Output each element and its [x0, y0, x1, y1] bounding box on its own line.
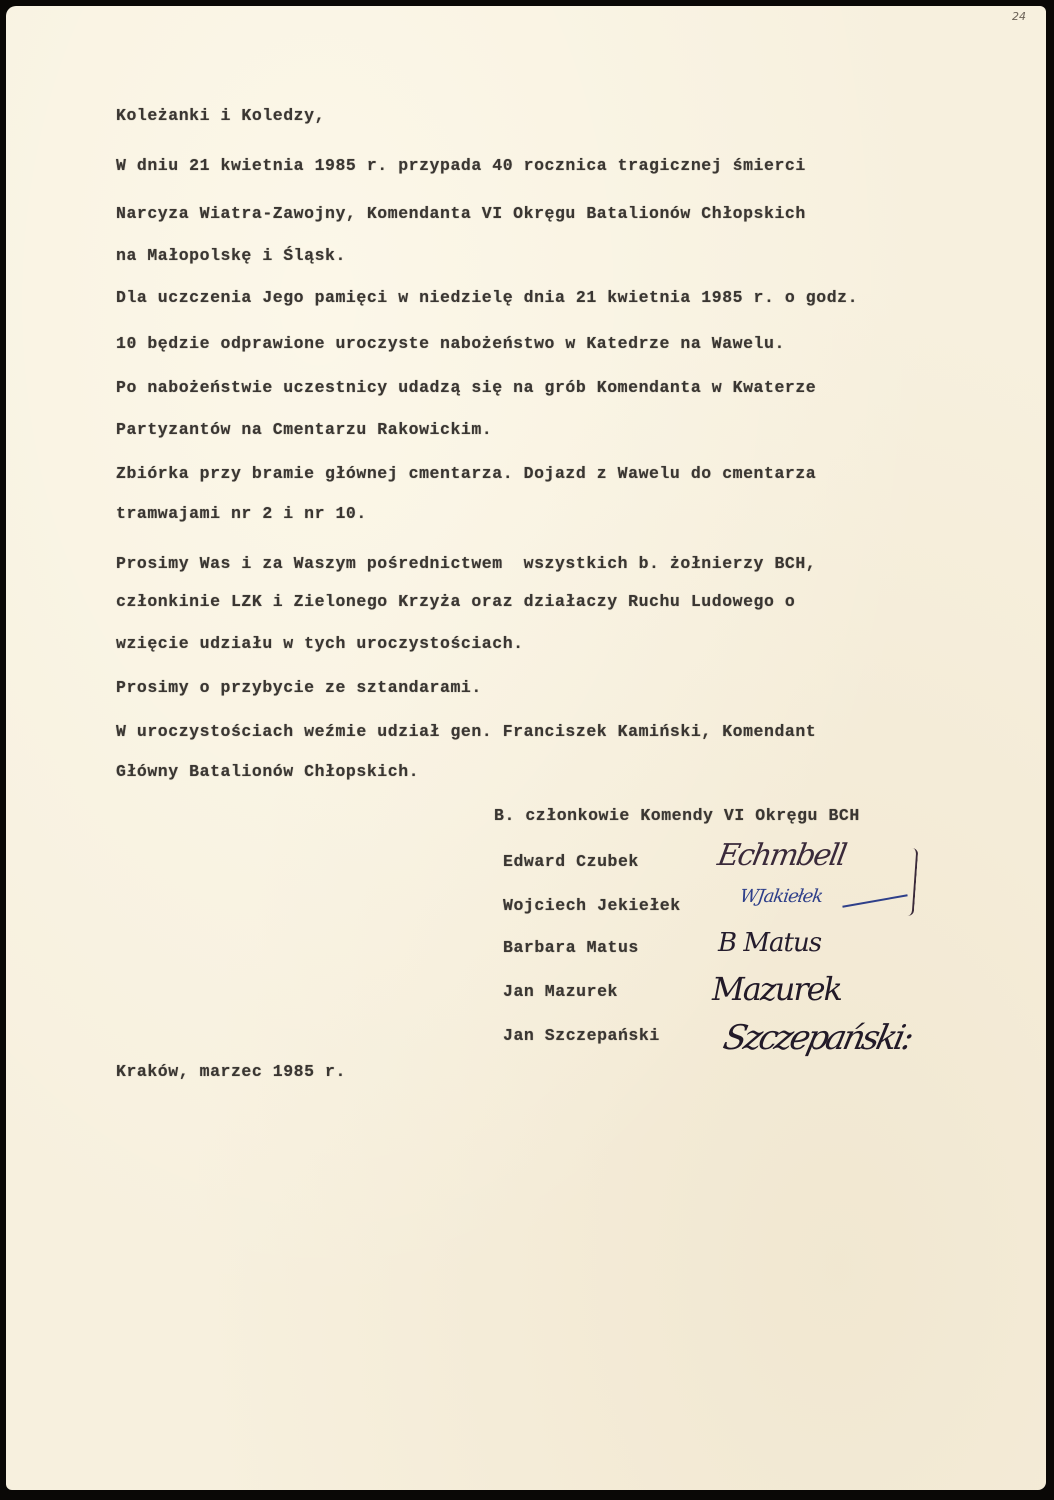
greeting: Koleżanki i Koledzy, [116, 106, 325, 125]
body-line: W uroczystościach weźmie udział gen. Fra… [116, 722, 816, 741]
signature-stroke [842, 894, 907, 907]
body-line: Po nabożeństwie uczestnicy udadzą się na… [116, 378, 816, 397]
body-line: 10 będzie odprawione uroczyste nabożeńst… [116, 334, 785, 353]
body-line: Dla uczczenia Jego pamięci w niedzielę d… [116, 288, 858, 307]
body-line: Główny Batalionów Chłopskich. [116, 762, 419, 781]
document-page: 24 Koleżanki i Koledzy, W dniu 21 kwietn… [6, 6, 1046, 1490]
handwritten-signature: Mazurek [712, 970, 841, 1008]
signatory-name: Barbara Matus [503, 938, 639, 957]
body-line: Prosimy Was i za Waszym pośrednictwem ws… [116, 554, 816, 573]
body-line: tramwajami nr 2 i nr 10. [116, 504, 367, 523]
body-line: Prosimy o przybycie ze sztandarami. [116, 678, 482, 697]
signatories-heading: B. członkowie Komendy VI Okręgu BCH [494, 806, 860, 825]
body-line: Partyzantów na Cmentarzu Rakowickim. [116, 420, 492, 439]
handwritten-signature: B Matus [718, 928, 821, 958]
body-line: wzięcie udziału w tych uroczystościach. [116, 634, 524, 653]
body-line: W dniu 21 kwietnia 1985 r. przypada 40 r… [116, 156, 806, 175]
handwritten-signature: Echmbell [715, 838, 848, 873]
signatory-name: Jan Szczepański [503, 1026, 660, 1045]
place-and-date: Kraków, marzec 1985 r. [116, 1062, 346, 1081]
folio-number: 24 [1012, 10, 1026, 23]
body-line: na Małopolskę i Śląsk. [116, 246, 346, 265]
body-line: Narcyza Wiatra-Zawojny, Komendanta VI Ok… [116, 204, 806, 223]
signature-stroke [904, 848, 919, 917]
body-line: członkinie LZK i Zielonego Krzyża oraz d… [116, 592, 795, 611]
signatory-name: Jan Mazurek [503, 982, 618, 1001]
handwritten-signature: WJakiełek [739, 886, 824, 907]
handwritten-signature: Szczepański: [720, 1018, 915, 1058]
signatory-name: Edward Czubek [503, 852, 639, 871]
signatory-name: Wojciech Jekiełek [503, 896, 681, 915]
body-line: Zbiórka przy bramie głównej cmentarza. D… [116, 464, 816, 483]
